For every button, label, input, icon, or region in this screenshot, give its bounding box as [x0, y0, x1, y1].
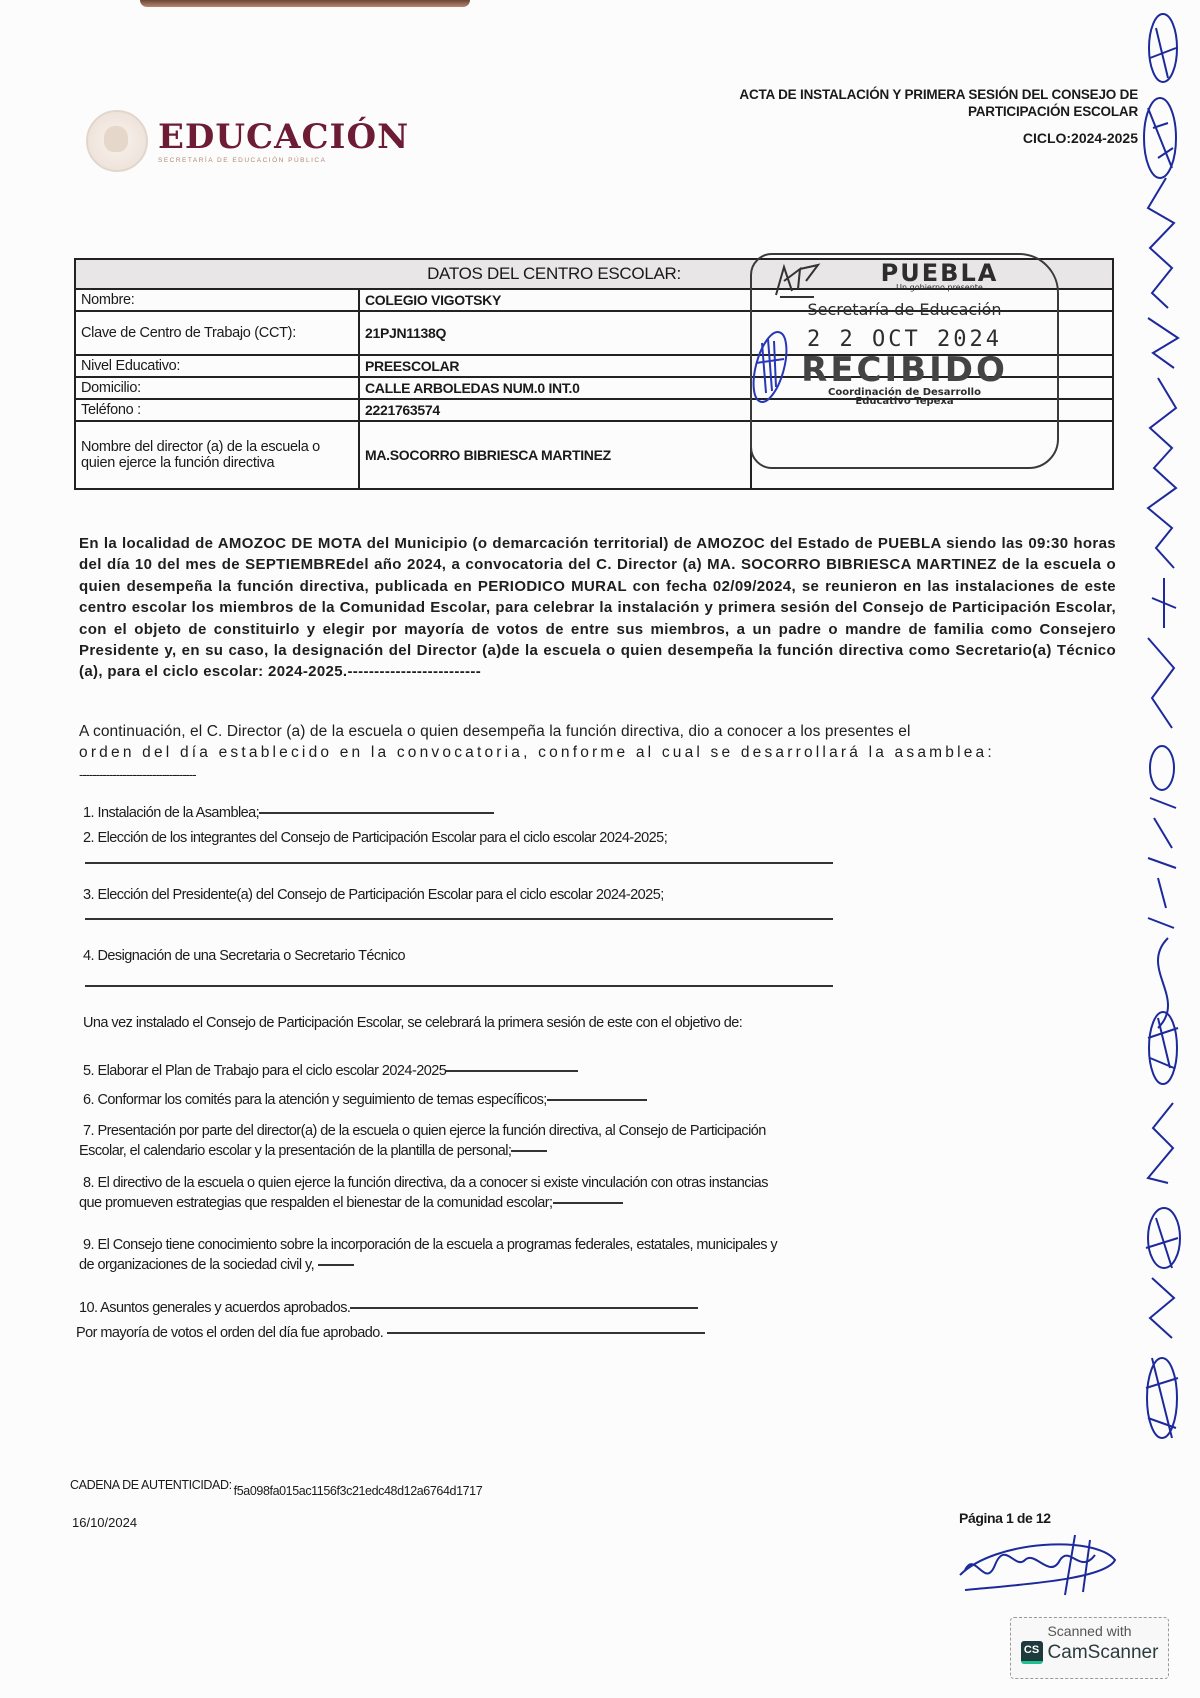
session-item-7: 7. Presentación por parte del director(a… — [83, 1121, 766, 1161]
agenda-intro-paragraph: A continuación, el C. Director (a) de la… — [79, 721, 1116, 785]
scan-edge-shadow — [140, 0, 470, 7]
received-status: RECIBIDO — [752, 350, 1057, 390]
approval-statement: Por mayoría de votos el orden del día fu… — [76, 1323, 705, 1343]
agenda-item-3: 3. Elección del Presidente(a) del Consej… — [83, 885, 664, 905]
authenticity-chain: CADENA DE AUTENTICIDAD:f5a098fa015ac1156… — [70, 1478, 482, 1492]
session-intro: Una vez instalado el Consejo de Particip… — [83, 1013, 742, 1033]
session-item-5: 5. Elaborar el Plan de Trabajo para el c… — [83, 1061, 578, 1081]
sep-logo: EDUCACIÓN SECRETARÍA DE EDUCACIÓN PÚBLIC… — [86, 110, 409, 172]
received-stamp: PUEBLA Un gobierno presente Secretaría d… — [750, 253, 1059, 469]
school-cycle: CICLO:2024-2025 — [1023, 130, 1138, 146]
signature-bottom-icon — [955, 1530, 1125, 1600]
session-item-10: 10. Asuntos generales y acuerdos aprobad… — [79, 1298, 698, 1318]
logo-subtitle: SECRETARÍA DE EDUCACIÓN PÚBLICA — [158, 157, 409, 164]
initials-signature-icon — [748, 323, 794, 409]
logo-title: EDUCACIÓN — [158, 119, 409, 155]
camscanner-watermark: Scanned with CS CamScanner — [1010, 1617, 1169, 1679]
session-item-6: 6. Conformar los comités para la atenció… — [83, 1090, 647, 1110]
page-number: Página 1 de 12 — [959, 1510, 1051, 1526]
margin-signatures-icon — [1128, 8, 1198, 1608]
document-title: ACTA DE INSTALACIÓN Y PRIMERA SESIÓN DEL… — [739, 86, 1138, 120]
camscanner-logo-icon: CS — [1021, 1641, 1043, 1664]
session-item-8: 8. El directivo de la escuela o quien ej… — [83, 1173, 768, 1213]
agenda-item-2: 2. Elección de los integrantes del Conse… — [83, 828, 667, 848]
session-item-9: 9. El Consejo tiene conocimiento sobre l… — [83, 1235, 777, 1275]
received-date: 2 2 OCT 2024 — [752, 327, 1057, 352]
blank-line — [85, 985, 833, 987]
opening-paragraph: En la localidad de AMOZOC DE MOTA del Mu… — [79, 533, 1116, 683]
national-seal-icon — [86, 110, 148, 172]
agenda-item-4: 4. Designación de una Secretaria o Secre… — [83, 946, 405, 966]
blank-line — [85, 862, 833, 864]
puebla-emblem-icon — [770, 261, 826, 301]
authenticity-hash: f5a098fa015ac1156f3c21edc48d12a6764d1717 — [234, 1484, 483, 1498]
blank-line — [85, 918, 833, 920]
footer-date: 16/10/2024 — [72, 1515, 137, 1530]
agenda-item-1: 1. Instalación de la Asamblea; — [83, 803, 494, 823]
